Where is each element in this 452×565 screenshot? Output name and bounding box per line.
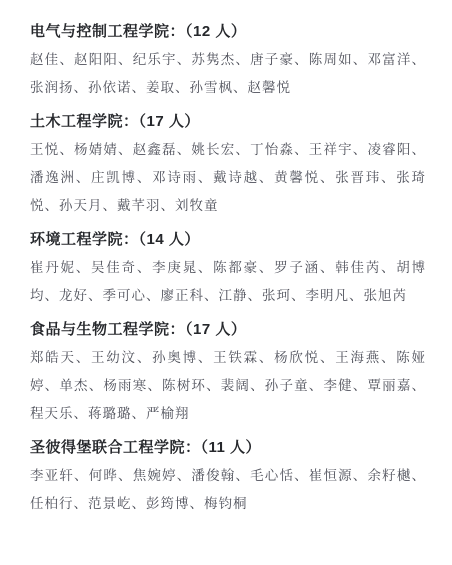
college-heading: 土木工程学院：（17 人） (30, 112, 426, 132)
college-heading: 圣彼得堡联合工程学院：（11 人） (30, 438, 426, 458)
college-names-list: 李亚轩、何晔、焦婉婷、潘俊翰、毛心恬、崔恒源、余籽樾、任柏行、范景屹、彭筠博、梅… (30, 462, 426, 518)
college-heading: 环境工程学院：（14 人） (30, 230, 426, 250)
college-section-electrical: 电气与控制工程学院：（12 人） 赵佳、赵阳阳、纪乐宇、苏隽杰、唐子豪、陈周如、… (30, 22, 426, 102)
college-names-list: 郑皓天、王幼汶、孙奥博、王铁霖、杨欣悦、王海燕、陈娅婷、单杰、杨雨寒、陈树环、裴… (30, 344, 426, 428)
college-names-list: 王悦、杨婧婧、赵鑫磊、姚长宏、丁怡淼、王祥宇、凌睿阳、潘逸洲、庄凯博、邓诗雨、戴… (30, 136, 426, 220)
college-heading: 电气与控制工程学院：（12 人） (30, 22, 426, 42)
college-section-food-bio: 食品与生物工程学院：（17 人） 郑皓天、王幼汶、孙奥博、王铁霖、杨欣悦、王海燕… (30, 320, 426, 428)
college-names-list: 崔丹妮、吴佳奇、李庚晁、陈都豪、罗子涵、韩佳芮、胡博均、龙好、季可心、廖正科、江… (30, 254, 426, 310)
college-section-st-petersburg: 圣彼得堡联合工程学院：（11 人） 李亚轩、何晔、焦婉婷、潘俊翰、毛心恬、崔恒源… (30, 438, 426, 518)
college-names-list: 赵佳、赵阳阳、纪乐宇、苏隽杰、唐子豪、陈周如、邓富洋、张润扬、孙依诺、姜取、孙雪… (30, 46, 426, 102)
college-heading: 食品与生物工程学院：（17 人） (30, 320, 426, 340)
college-section-environment: 环境工程学院：（14 人） 崔丹妮、吴佳奇、李庚晁、陈都豪、罗子涵、韩佳芮、胡博… (30, 230, 426, 310)
college-section-civil: 土木工程学院：（17 人） 王悦、杨婧婧、赵鑫磊、姚长宏、丁怡淼、王祥宇、凌睿阳… (30, 112, 426, 220)
document-page: 电气与控制工程学院：（12 人） 赵佳、赵阳阳、纪乐宇、苏隽杰、唐子豪、陈周如、… (0, 0, 452, 565)
